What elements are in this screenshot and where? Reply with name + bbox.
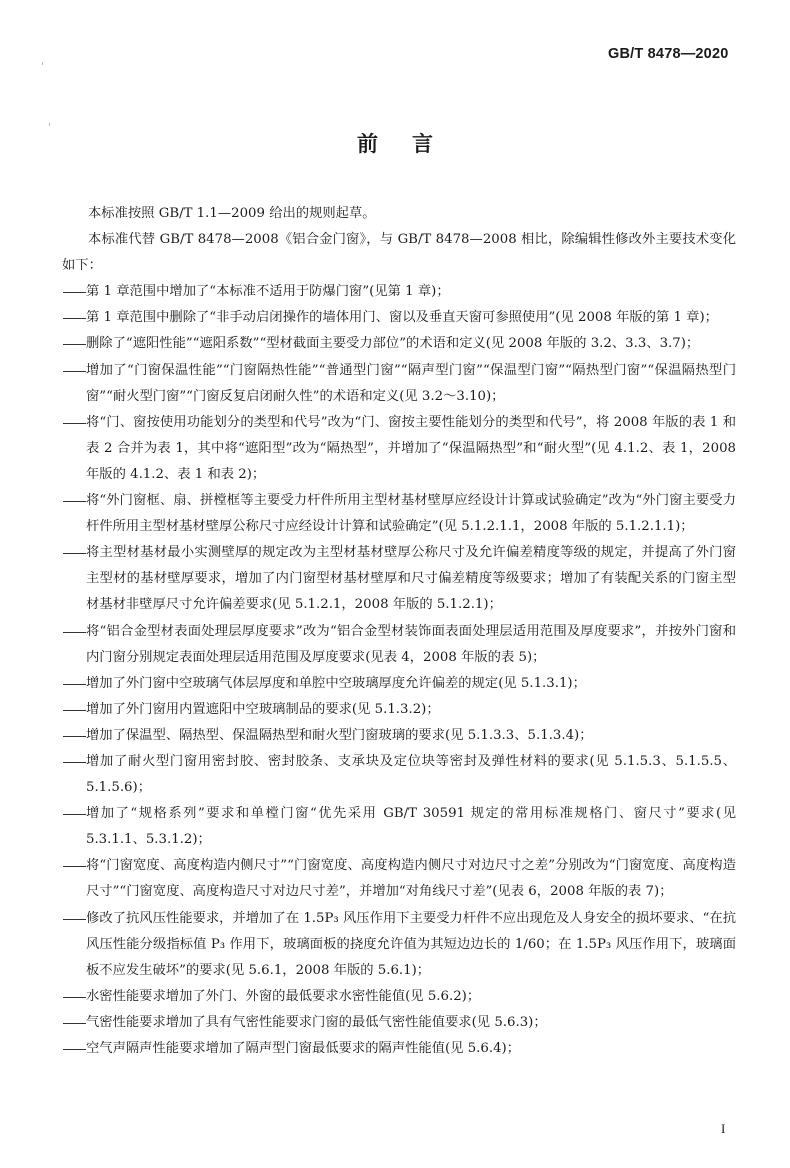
paragraph: 本标准代替 GB/T 8478—2008《铝合金门窗》，与 GB/T 8478—…	[62, 227, 736, 279]
scan-mark	[49, 123, 50, 126]
paragraph: 本标准按照 GB/T 1.1—2009 给出的规则起草。	[62, 201, 736, 227]
page-number: I	[721, 1121, 725, 1137]
list-item: 增加了外门窗中空玻璃气体层厚度和单腔中空玻璃厚度允许偏差的规定(见 5.1.3.…	[62, 671, 736, 697]
page-title: 前言	[0, 128, 790, 158]
list-item: 删除了“遮阳性能”“遮阳系数”“型材截面主要受力部位”的术语和定义(见 2008…	[62, 331, 736, 357]
list-item: 将“门、窗按使用功能划分的类型和代号”改为“门、窗按主要性能划分的类型和代号”，…	[62, 410, 736, 488]
list-item: 将主型材基材最小实测壁厚的规定改为主型材基材壁厚公称尺寸及允许偏差精度等级的规定…	[62, 540, 736, 618]
standard-code: GB/T 8478—2020	[608, 46, 728, 62]
list-item: 将“门窗宽度、高度构造内侧尺寸”“门窗宽度、高度构造内侧尺寸对边尺寸之差”分别改…	[62, 853, 736, 905]
list-item: 将“外门窗框、扇、拼樘框等主要受力杆件所用主型材基材壁厚应经设计计算或试验确定”…	[62, 488, 736, 540]
list-item: 增加了“门窗保温性能”“门窗隔热性能”“普通型门窗”“隔声型门窗”“保温型门窗”…	[62, 358, 736, 410]
list-item: 第 1 章范围中增加了“本标准不适用于防爆门窗”(见第 1 章)；	[62, 279, 736, 305]
list-item: 修改了抗风压性能要求，并增加了在 1.5P₃ 风压作用下主要受力杆件不应出现危及…	[62, 906, 736, 984]
list-item: 增加了“规格系列”要求和单樘门窗“优先采用 GB/T 30591 规定的常用标准…	[62, 801, 736, 853]
list-item: 将“铝合金型材表面处理层厚度要求”改为“铝合金型材装饰面表面处理层适用范围及厚度…	[62, 619, 736, 671]
list-item: 空气声隔声性能要求增加了隔声型门窗最低要求的隔声性能值(见 5.6.4)；	[62, 1036, 736, 1062]
foreword-body: 本标准按照 GB/T 1.1—2009 给出的规则起草。 本标准代替 GB/T …	[62, 201, 736, 1062]
list-item: 增加了保温型、隔热型、保温隔热型和耐火型门窗玻璃的要求(见 5.1.3.3、5.…	[62, 723, 736, 749]
list-item: 第 1 章范围中删除了“非手动启闭操作的墙体用门、窗以及垂直天窗可参照使用”(见…	[62, 305, 736, 331]
changes-list: 第 1 章范围中增加了“本标准不适用于防爆门窗”(见第 1 章)； 第 1 章范…	[62, 279, 736, 1062]
list-item: 水密性能要求增加了外门、外窗的最低要求水密性能值(见 5.6.2)；	[62, 984, 736, 1010]
list-item: 气密性能要求增加了具有气密性能要求门窗的最低气密性能值要求(见 5.6.3)；	[62, 1010, 736, 1036]
scan-mark	[42, 62, 43, 65]
list-item: 增加了外门窗用内置遮阳中空玻璃制品的要求(见 5.1.3.2)；	[62, 697, 736, 723]
list-item: 增加了耐火型门窗用密封胶、密封胶条、支承块及定位块等密封及弹性材料的要求(见 5…	[62, 749, 736, 801]
